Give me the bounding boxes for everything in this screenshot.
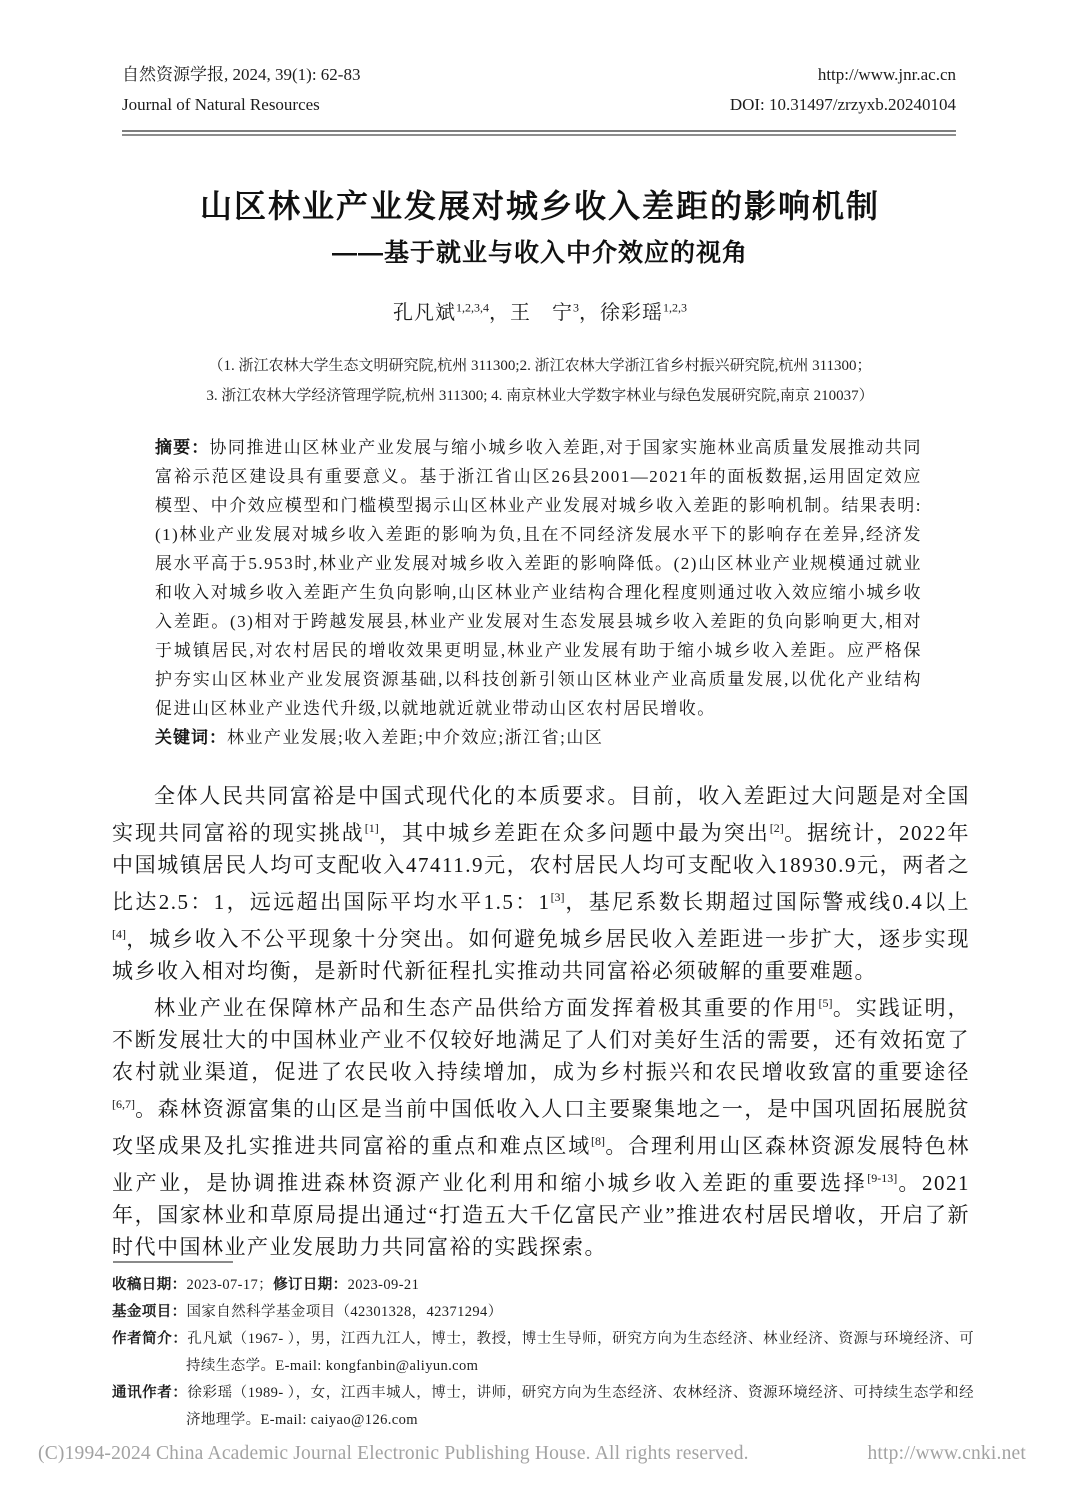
author-name: 孔凡斌 [393, 302, 456, 324]
journal-doi: DOI: 10.31497/zrzyxb.20240104 [730, 90, 956, 120]
keywords-line: 关键词：林业产业发展;收入差距;中介效应;浙江省;山区 [155, 723, 922, 752]
authors-line: 孔凡斌1,2,3,4，王 宁3，徐彩瑶1,2,3 [0, 296, 1080, 325]
cnki-url: http://www.cnki.net [867, 1443, 1026, 1465]
footnote-label: 通讯作者： [112, 1385, 187, 1401]
reference-superscript: [6,7] [112, 1097, 135, 1111]
footnote-label: 收稿日期： [112, 1277, 187, 1293]
body-paragraph: 林业产业在保障林产品和生态产品供给方面发挥着极其重要的作用[5]。实践证明，不断… [112, 987, 970, 1263]
abstract-text: 协同推进山区林业产业发展与缩小城乡收入差距,对于国家实施林业高质量发展推动共同富… [155, 438, 922, 718]
article-subtitle: ——基于就业与收入中介效应的视角 [0, 233, 1080, 269]
body: 全体人民共同富裕是中国式现代化的本质要求。目前，收入差距过大问题是对全国实现共同… [112, 780, 970, 1263]
author: 徐彩瑶1,2,3 [600, 302, 687, 324]
footnotes: 收稿日期：2023-07-17；修订日期：2023-09-21基金项目：国家自然… [112, 1272, 974, 1434]
author-affiliation-superscript: 1,2,3,4 [456, 300, 489, 314]
journal-header: 自然资源学报, 2024, 39(1): 62-83 Journal of Na… [122, 60, 956, 120]
footnote-divider [113, 1261, 233, 1263]
footnote-label: 基金项目： [112, 1304, 187, 1320]
author-name: 王 宁 [510, 302, 573, 324]
reference-superscript: [4] [112, 927, 126, 941]
reference-superscript: [9-13] [867, 1171, 897, 1185]
footnote-row: 作者简介：孔凡斌（1967- ），男，江西九江人，博士，教授，博士生导师，研究方… [112, 1326, 974, 1380]
journal-links: http://www.jnr.ac.cn DOI: 10.31497/zrzyx… [730, 60, 956, 120]
journal-url: http://www.jnr.ac.cn [730, 60, 956, 90]
reference-superscript: [2] [770, 821, 784, 835]
keywords-label: 关键词： [155, 728, 227, 747]
footnote-label: 作者简介： [112, 1331, 187, 1347]
affiliation-line: （1. 浙江农林大学生态文明研究院,杭州 311300;2. 浙江农林大学浙江省… [0, 351, 1080, 381]
affiliations: （1. 浙江农林大学生态文明研究院,杭州 311300;2. 浙江农林大学浙江省… [0, 351, 1080, 411]
footnote-label: 修订日期： [273, 1277, 348, 1293]
journal-citation: 自然资源学报, 2024, 39(1): 62-83 [122, 60, 360, 90]
copyright-text: (C)1994-2024 China Academic Journal Elec… [38, 1443, 749, 1465]
paper-page: 自然资源学报, 2024, 39(1): 62-83 Journal of Na… [0, 0, 1080, 1502]
reference-superscript: [5] [819, 996, 833, 1010]
author: 王 宁3 [510, 302, 579, 324]
reference-superscript: [3] [551, 890, 565, 904]
body-paragraph: 全体人民共同富裕是中国式现代化的本质要求。目前，收入差距过大问题是对全国实现共同… [112, 780, 970, 987]
header-divider [122, 130, 956, 136]
author-separator: ， [489, 302, 510, 324]
author-name: 徐彩瑶 [600, 302, 663, 324]
author-separator: ， [579, 302, 600, 324]
journal-info: 自然资源学报, 2024, 39(1): 62-83 Journal of Na… [122, 60, 360, 120]
copyright-bar: (C)1994-2024 China Academic Journal Elec… [38, 1443, 1026, 1465]
abstract-block: 摘要：协同推进山区林业产业发展与缩小城乡收入差距,对于国家实施林业高质量发展推动… [155, 433, 922, 752]
affiliation-line: 3. 浙江农林大学经济管理学院,杭州 311300; 4. 南京林业大学数字林业… [0, 381, 1080, 411]
keywords-text: 林业产业发展;收入差距;中介效应;浙江省;山区 [227, 728, 603, 747]
journal-name-en: Journal of Natural Resources [122, 90, 360, 120]
author: 孔凡斌1,2,3,4 [393, 302, 489, 324]
reference-superscript: [8] [591, 1134, 605, 1148]
author-affiliation-superscript: 1,2,3 [663, 300, 687, 314]
footnote-row: 通讯作者：徐彩瑶（1989- ），女，江西丰城人，博士，讲师，研究方向为生态经济… [112, 1380, 974, 1434]
abstract-label: 摘要： [155, 438, 209, 457]
abstract-paragraph: 摘要：协同推进山区林业产业发展与缩小城乡收入差距,对于国家实施林业高质量发展推动… [155, 433, 922, 723]
reference-superscript: [1] [365, 821, 379, 835]
footnote-row: 收稿日期：2023-07-17；修订日期：2023-09-21 [112, 1272, 974, 1299]
article-title: 山区林业产业发展对城乡收入差距的影响机制 [0, 181, 1080, 227]
footnote-row: 基金项目：国家自然科学基金项目（42301328，42371294） [112, 1299, 974, 1326]
